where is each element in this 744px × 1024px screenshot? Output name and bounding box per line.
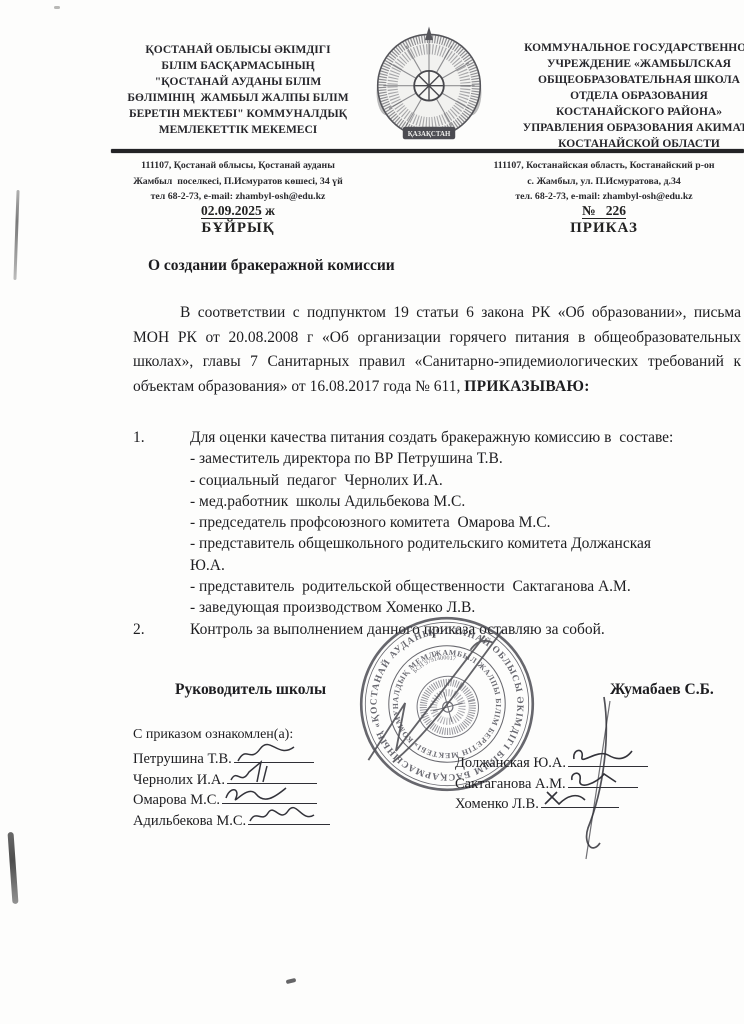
emblem-banner-text: ҚАЗАҚСТАН	[408, 131, 451, 138]
ack-name: Петрушина Т.В.	[133, 751, 232, 767]
commission-member: - заместитель директора по ВР Петрушина …	[133, 448, 744, 469]
signature-scribble	[248, 805, 318, 829]
order-date-value: 02.09.2025	[201, 203, 262, 219]
order-word-russian: ПРИКАЗ	[458, 220, 744, 237]
order-word-kazakh: БҰЙРЫҚ	[110, 220, 366, 237]
org-line: ОБЩЕОБРАЗОВАТЕЛЬНАЯ ШКОЛА	[486, 72, 744, 88]
scan-artifact	[7, 832, 18, 904]
kazakhstan-emblem-icon: ҚАЗАҚСТАН	[372, 26, 486, 150]
scan-artifact	[286, 978, 297, 984]
ack-row: Должанская Ю.А.	[455, 752, 675, 773]
commission-member: - представитель общешкольного родительск…	[133, 533, 744, 554]
header-divider	[111, 149, 744, 153]
commission-member-continuation: Ю.А.	[133, 555, 744, 576]
order-date-suffix: ж	[262, 203, 275, 218]
commission-member: - представитель родительской общественно…	[133, 576, 744, 597]
signature-line	[227, 769, 317, 784]
commission-member: - социальный педагог Чернолих И.А.	[133, 470, 744, 491]
order-item-1: 1. Для оценки качества питания создать б…	[133, 427, 744, 448]
org-name-kazakh: ҚОСТАНАЙ ОБЛЫСЫ ӘКІМДІГІ БІЛІМ БАСҚАРМАС…	[110, 42, 366, 138]
item-number: 1.	[133, 427, 190, 448]
ack-name: Хоменко Л.В.	[455, 796, 539, 812]
decree-word: ПРИКАЗЫВАЮ:	[464, 378, 590, 395]
org-line: КОСТАНАЙСКОГО РАЙОНА»	[486, 104, 744, 120]
contact-block-russian: 111107, Костанайская область, Костанайск…	[458, 158, 744, 205]
order-number: № 226	[458, 203, 744, 219]
contact-block-kazakh: 111107, Қостанай облысы, Қостанай ауданы…	[110, 158, 366, 205]
paragraph-text: В соответствии с подпунктом 19 статьи 6 …	[133, 304, 741, 395]
org-line: "ҚОСТАНАЙ АУДАНЫ БІЛІМ	[110, 74, 366, 90]
acknowledgement-left-column: Петрушина Т.В. Чернолих И.А. Омарова М.С…	[133, 748, 363, 830]
body-paragraph: В соответствии с подпунктом 19 статьи 6 …	[133, 301, 741, 399]
signature-line	[222, 789, 317, 804]
org-line: УЧРЕЖДЕНИЕ «ЖАМБЫЛСКАЯ	[486, 56, 744, 72]
scanned-order-document: ҚОСТАНАЙ ОБЛЫСЫ ӘКІМДІГІ БІЛІМ БАСҚАРМАС…	[0, 0, 744, 1024]
ack-name: Чернолих И.А.	[133, 772, 225, 788]
org-line: БӨЛІМІНІҢ ЖАМБЫЛ ЖАЛПЫ БІЛІМ	[110, 90, 366, 106]
org-line: КОММУНАЛЬНОЕ ГОСУДАРСТВЕННОЕ	[486, 40, 744, 56]
signature-line	[248, 810, 330, 825]
org-line: БІЛІМ БАСҚАРМАСЫНЫҢ	[110, 58, 366, 74]
org-line: ОТДЕЛА ОБРАЗОВАНИЯ	[486, 88, 744, 104]
org-name-russian: КОММУНАЛЬНОЕ ГОСУДАРСТВЕННОЕ УЧРЕЖДЕНИЕ …	[486, 40, 744, 152]
scan-artifact	[54, 6, 60, 9]
order-date: 02.09.2025 ж	[110, 203, 366, 219]
director-title: Руководитель школы	[175, 681, 326, 699]
ack-name: Адильбекова М.С.	[133, 813, 246, 829]
commission-member: - председатель профсоюзного комитета Ома…	[133, 512, 744, 533]
ack-row: Адильбекова М.С.	[133, 810, 363, 831]
item-number: 2.	[133, 619, 190, 640]
contact-line: с. Жамбыл, ул. П.Исмуратова, д.34	[458, 174, 744, 190]
pen-stroke-artifact	[570, 693, 626, 863]
acknowledgement-label: С приказом ознакомлен(а):	[133, 727, 293, 743]
document-title: О создании бракеражной комиссии	[148, 257, 395, 275]
org-line: МЕМЛЕКЕТТІК МЕКЕМЕСІ	[110, 122, 366, 138]
ack-name: Омарова М.С.	[133, 792, 220, 808]
commission-member: - мед.работник школы Адильбекова М.С.	[133, 491, 744, 512]
org-line: БЕРЕТІН МЕКТЕБІ" КОММУНАЛДЫҚ	[110, 106, 366, 122]
contact-line: Жамбыл поселкесі, П.Исмуратов көшесі, 34…	[110, 174, 366, 190]
scan-artifact	[13, 190, 19, 280]
order-number-value: № 226	[582, 203, 626, 219]
contact-line: 111107, Қостанай облысы, Қостанай ауданы	[110, 158, 366, 174]
ack-row: Хоменко Л.В.	[455, 793, 675, 814]
acknowledgement-right-column: Должанская Ю.А. Сактаганова А.М. Хоменко…	[455, 752, 675, 814]
org-line: ҚОСТАНАЙ ОБЛЫСЫ ӘКІМДІГІ	[110, 42, 366, 58]
signature-line	[234, 748, 314, 763]
org-line: УПРАВЛЕНИЯ ОБРАЗОВАНИЯ АКИМАТА	[486, 120, 744, 136]
ack-name: Должанская Ю.А.	[455, 755, 566, 771]
contact-line: 111107, Костанайская область, Костанайск…	[458, 158, 744, 174]
item-text: Для оценки качества питания создать брак…	[190, 427, 673, 448]
